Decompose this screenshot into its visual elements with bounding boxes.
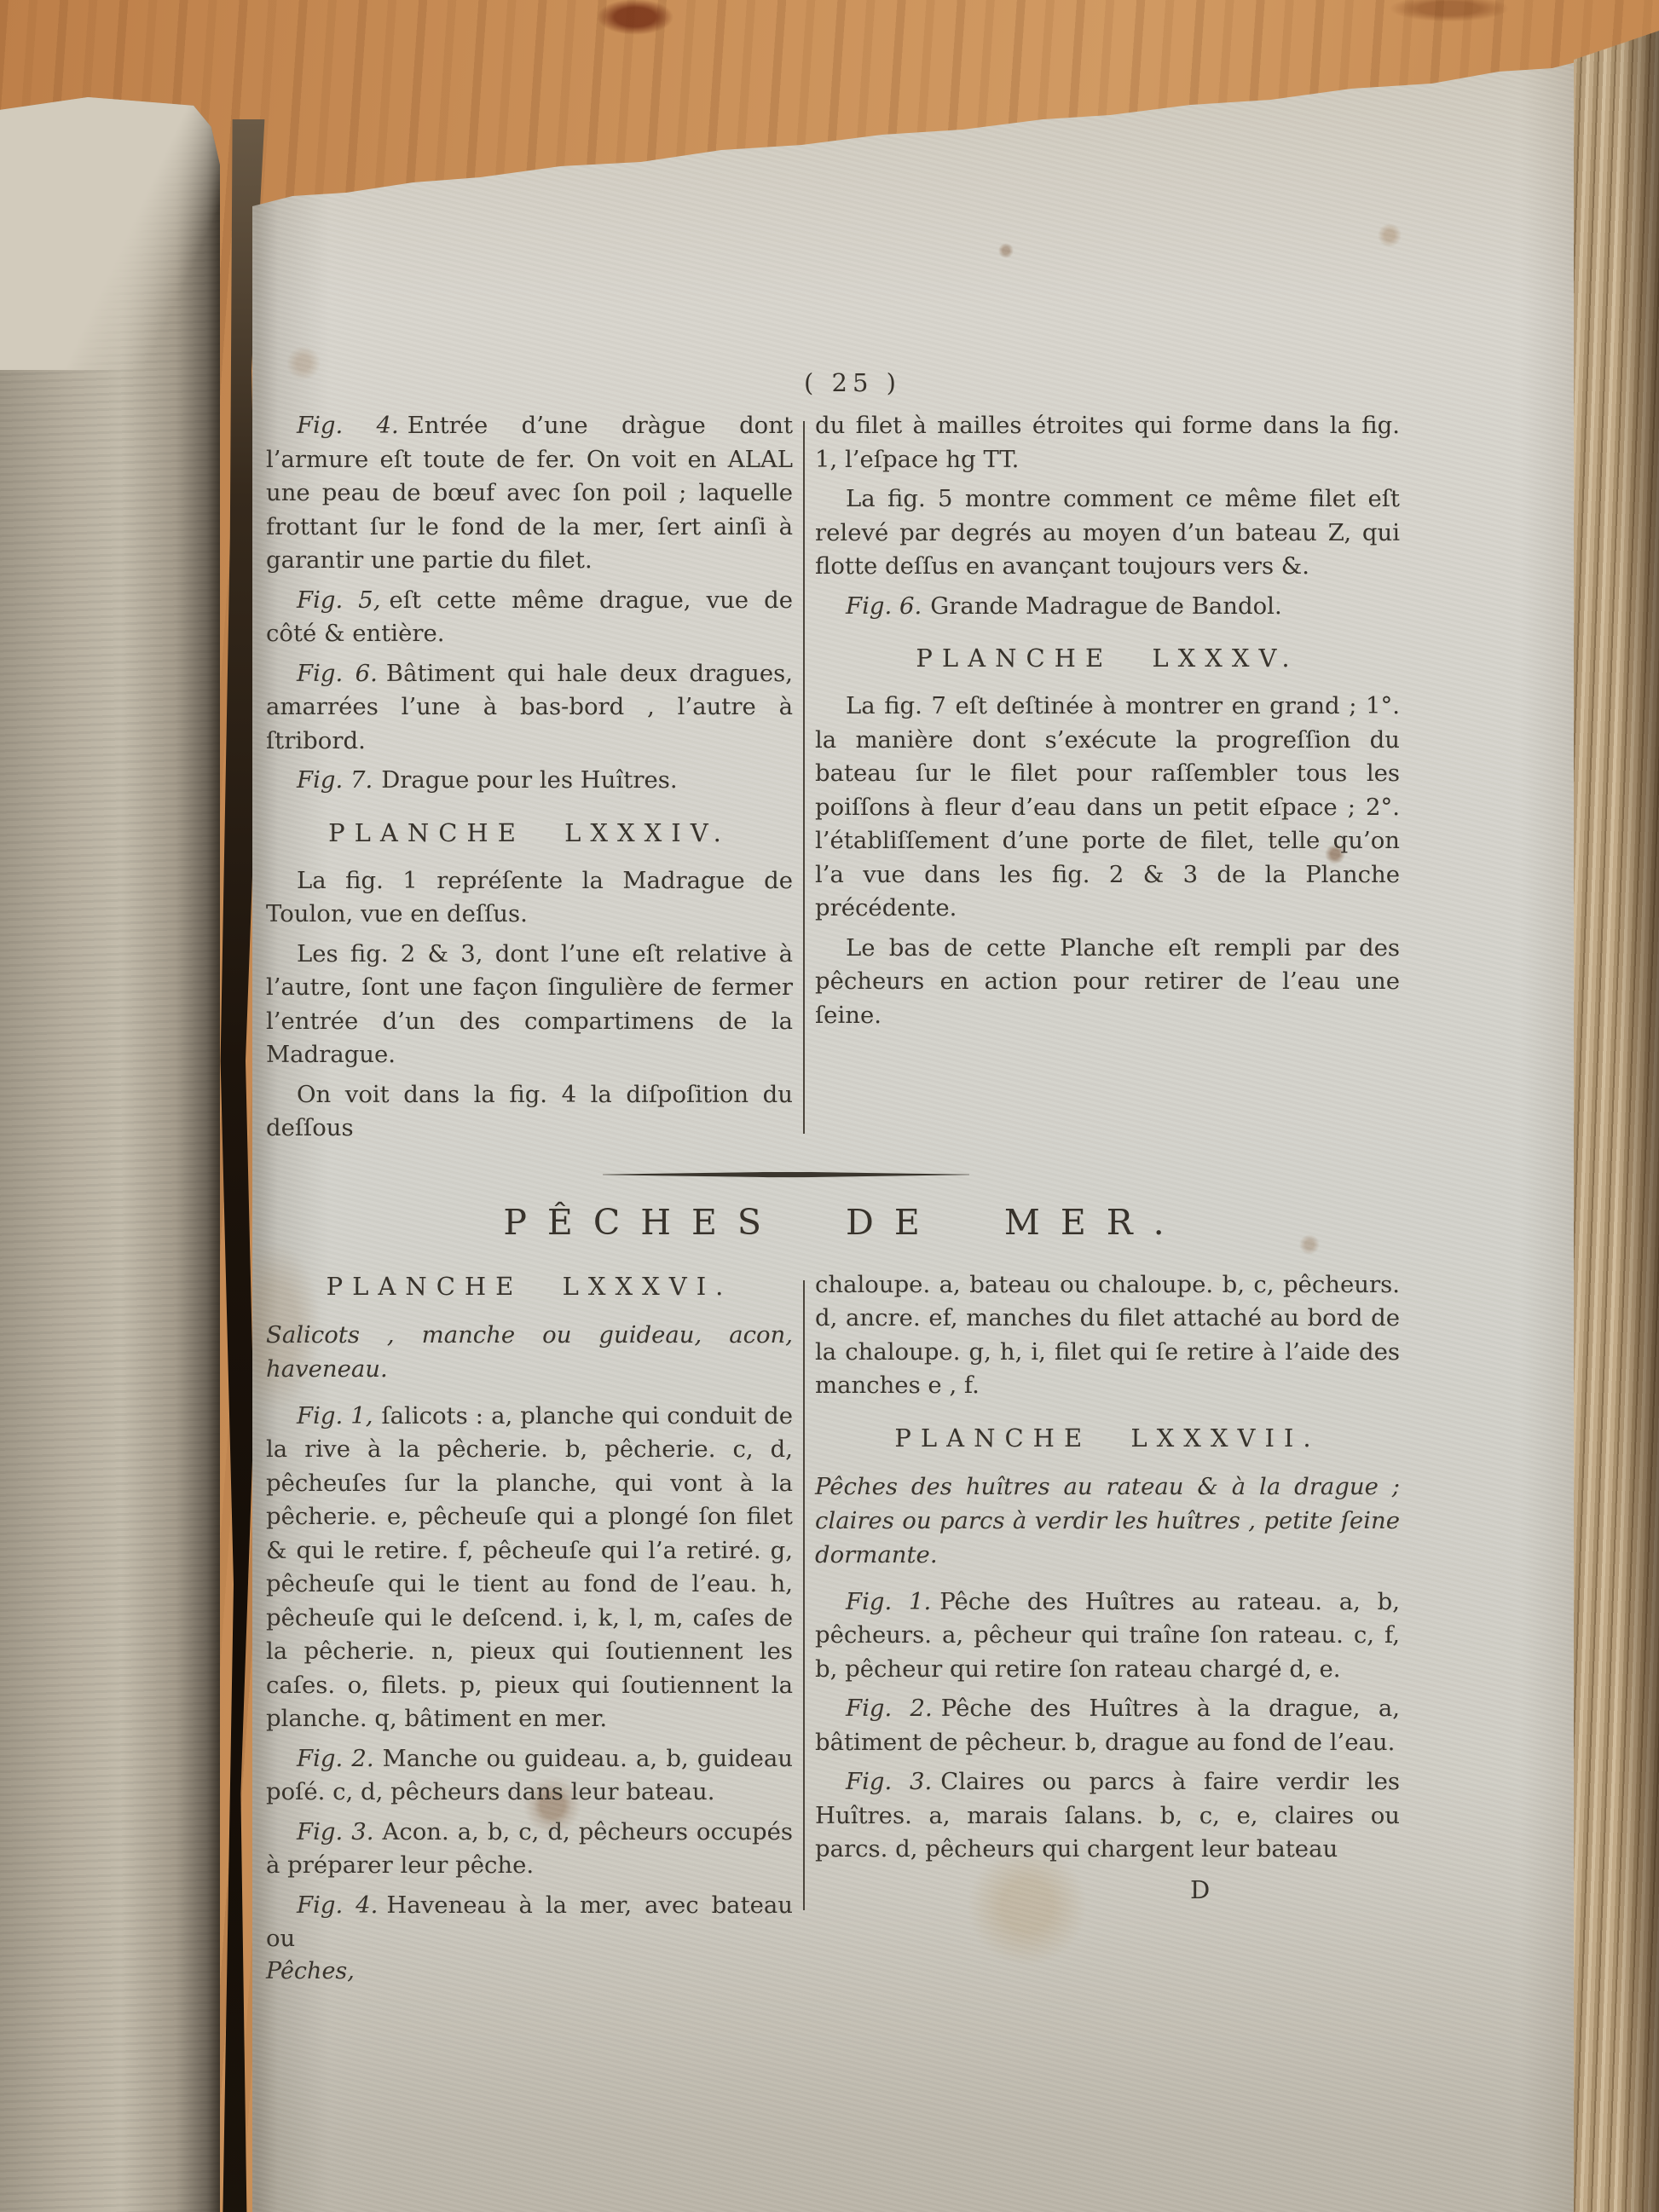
- closed-pages-edge: [0, 97, 220, 2212]
- section-title: PÊCHES DE MER.: [266, 1202, 1400, 1243]
- paragraph-fig6-right: Fig. 6.Grande Madrague de Bandol.: [815, 590, 1400, 624]
- bottom-left-column: PLANCHE LXXXVI. Salicots , manche ou gui…: [266, 1268, 793, 1984]
- paragraph-peche-drague: Fig. 2.Pêche des Huîtres à la drague, a,…: [815, 1692, 1400, 1759]
- bottom-right-column: chaloupe. a, bateau ou chaloupe. b, c, p…: [815, 1268, 1400, 1904]
- fig-label: Fig. 7.: [297, 766, 381, 794]
- paragraph-peche-rateau: Fig. 1.Pêche des Huîtres au rateau. a, b…: [815, 1585, 1400, 1687]
- paragraph-on-voit: On voit dans la fig. 4 la diſpoſition du…: [266, 1078, 793, 1146]
- paragraph-text: Grande Madrague de Bandol.: [930, 592, 1282, 620]
- page-number: ( 25 ): [266, 368, 1400, 397]
- paragraph-manche-guideau: Fig. 2.Manche ou guideau. a, b, guideau …: [266, 1742, 793, 1810]
- fig-label: Fig. 1,: [297, 1402, 381, 1429]
- top-left-column: Fig. 4.Entrée d’une dràgue dont l’armure…: [266, 409, 793, 1152]
- book-page: ( 25 ) Fig. 4.Entrée d’une dràgue dont l…: [252, 48, 1593, 2212]
- paragraph-fig2-3: Les fig. 2 & 3, dont l’une eſt relative …: [266, 938, 793, 1072]
- paragraph-text: Drague pour les Huîtres.: [381, 766, 677, 794]
- planche-lxxxvi-heading: PLANCHE LXXXVI.: [266, 1272, 793, 1301]
- catchword: Pêches,: [266, 1958, 793, 1984]
- section-divider-rule: [603, 1172, 969, 1178]
- paragraph-haveneau: Fig. 4.Haveneau à la mer, avec bateau ou: [266, 1889, 793, 1956]
- page-edges-stack: [1574, 31, 1659, 2212]
- book-photograph: ( 25 ) Fig. 4.Entrée d’une dràgue dont l…: [0, 0, 1659, 2212]
- paragraph-madrague-toulon: La fig. 1 repréſente la Madrague de Toul…: [266, 864, 793, 932]
- fig-label: Fig. 4.: [297, 412, 408, 439]
- planche-lxxxiv-heading: PLANCHE LXXXIV.: [266, 818, 793, 847]
- fig-label: Fig. 6.: [297, 660, 386, 687]
- column-divider-rule: [803, 421, 805, 1134]
- planche-lxxxvi-subtitle: Salicots , manche ou guideau, acon, have…: [266, 1318, 793, 1386]
- paragraph-fig6: Fig. 6.Bâtiment qui hale deux dragues, a…: [266, 657, 793, 759]
- paragraph-fig7-right: La fig. 7 eſt deſtinée à montrer en gran…: [815, 690, 1400, 926]
- text-block: ( 25 ) Fig. 4.Entrée d’une dràgue dont l…: [266, 368, 1400, 1984]
- paragraph-continuation: du filet à mailles étroites qui forme da…: [815, 409, 1400, 476]
- paragraph-claires-parcs: Fig. 3.Claires ou parcs à faire verdir l…: [815, 1765, 1400, 1867]
- paragraph-bas-planche: Le bas de cette Planche eſt rempli par d…: [815, 932, 1400, 1033]
- column-divider-rule: [803, 1280, 805, 1910]
- paragraph-fig4: Fig. 4.Entrée d’une dràgue dont l’armure…: [266, 409, 793, 578]
- paragraph-acon: Fig. 3.Acon. a, b, c, d, pêcheurs occupé…: [266, 1816, 793, 1883]
- fig-label: Fig. 2.: [297, 1745, 383, 1772]
- paragraph-fig5: Fig. 5,eſt cette même drague, vue de côt…: [266, 584, 793, 651]
- paragraph-fig5-right: La fig. 5 montre comment ce même filet e…: [815, 482, 1400, 584]
- paragraph-fig7: Fig. 7.Drague pour les Huîtres.: [266, 764, 793, 798]
- fig-label: Fig. 3.: [297, 1818, 382, 1845]
- planche-lxxxv-heading: PLANCHE LXXXV.: [815, 644, 1400, 673]
- paragraph-text: ſalicots : a, planche qui conduit de la …: [266, 1402, 793, 1733]
- top-two-column-section: Fig. 4.Entrée d’une dràgue dont l’armure…: [266, 409, 1400, 1152]
- fig-label: Fig. 1.: [846, 1588, 939, 1615]
- planche-lxxxvii-heading: PLANCHE LXXXVII.: [815, 1424, 1400, 1453]
- bottom-two-column-section: PLANCHE LXXXVI. Salicots , manche ou gui…: [266, 1268, 1400, 1984]
- signature-mark: D: [1190, 1875, 1400, 1904]
- fig-label: Fig. 3.: [846, 1768, 940, 1795]
- paragraph-salicots: Fig. 1,ſalicots : a, planche qui conduit…: [266, 1400, 793, 1736]
- fig-label: Fig. 2.: [846, 1695, 941, 1722]
- fig-label: Fig. 6.: [846, 592, 930, 620]
- paragraph-chaloupe: chaloupe. a, bateau ou chaloupe. b, c, p…: [815, 1268, 1400, 1403]
- fig-label: Fig. 4.: [297, 1891, 386, 1919]
- planche-lxxxvii-subtitle: Pêches des huîtres au rateau & à la drag…: [815, 1470, 1400, 1572]
- fig-label: Fig. 5,: [297, 586, 390, 614]
- top-right-column: du filet à mailles étroites qui forme da…: [815, 409, 1400, 1038]
